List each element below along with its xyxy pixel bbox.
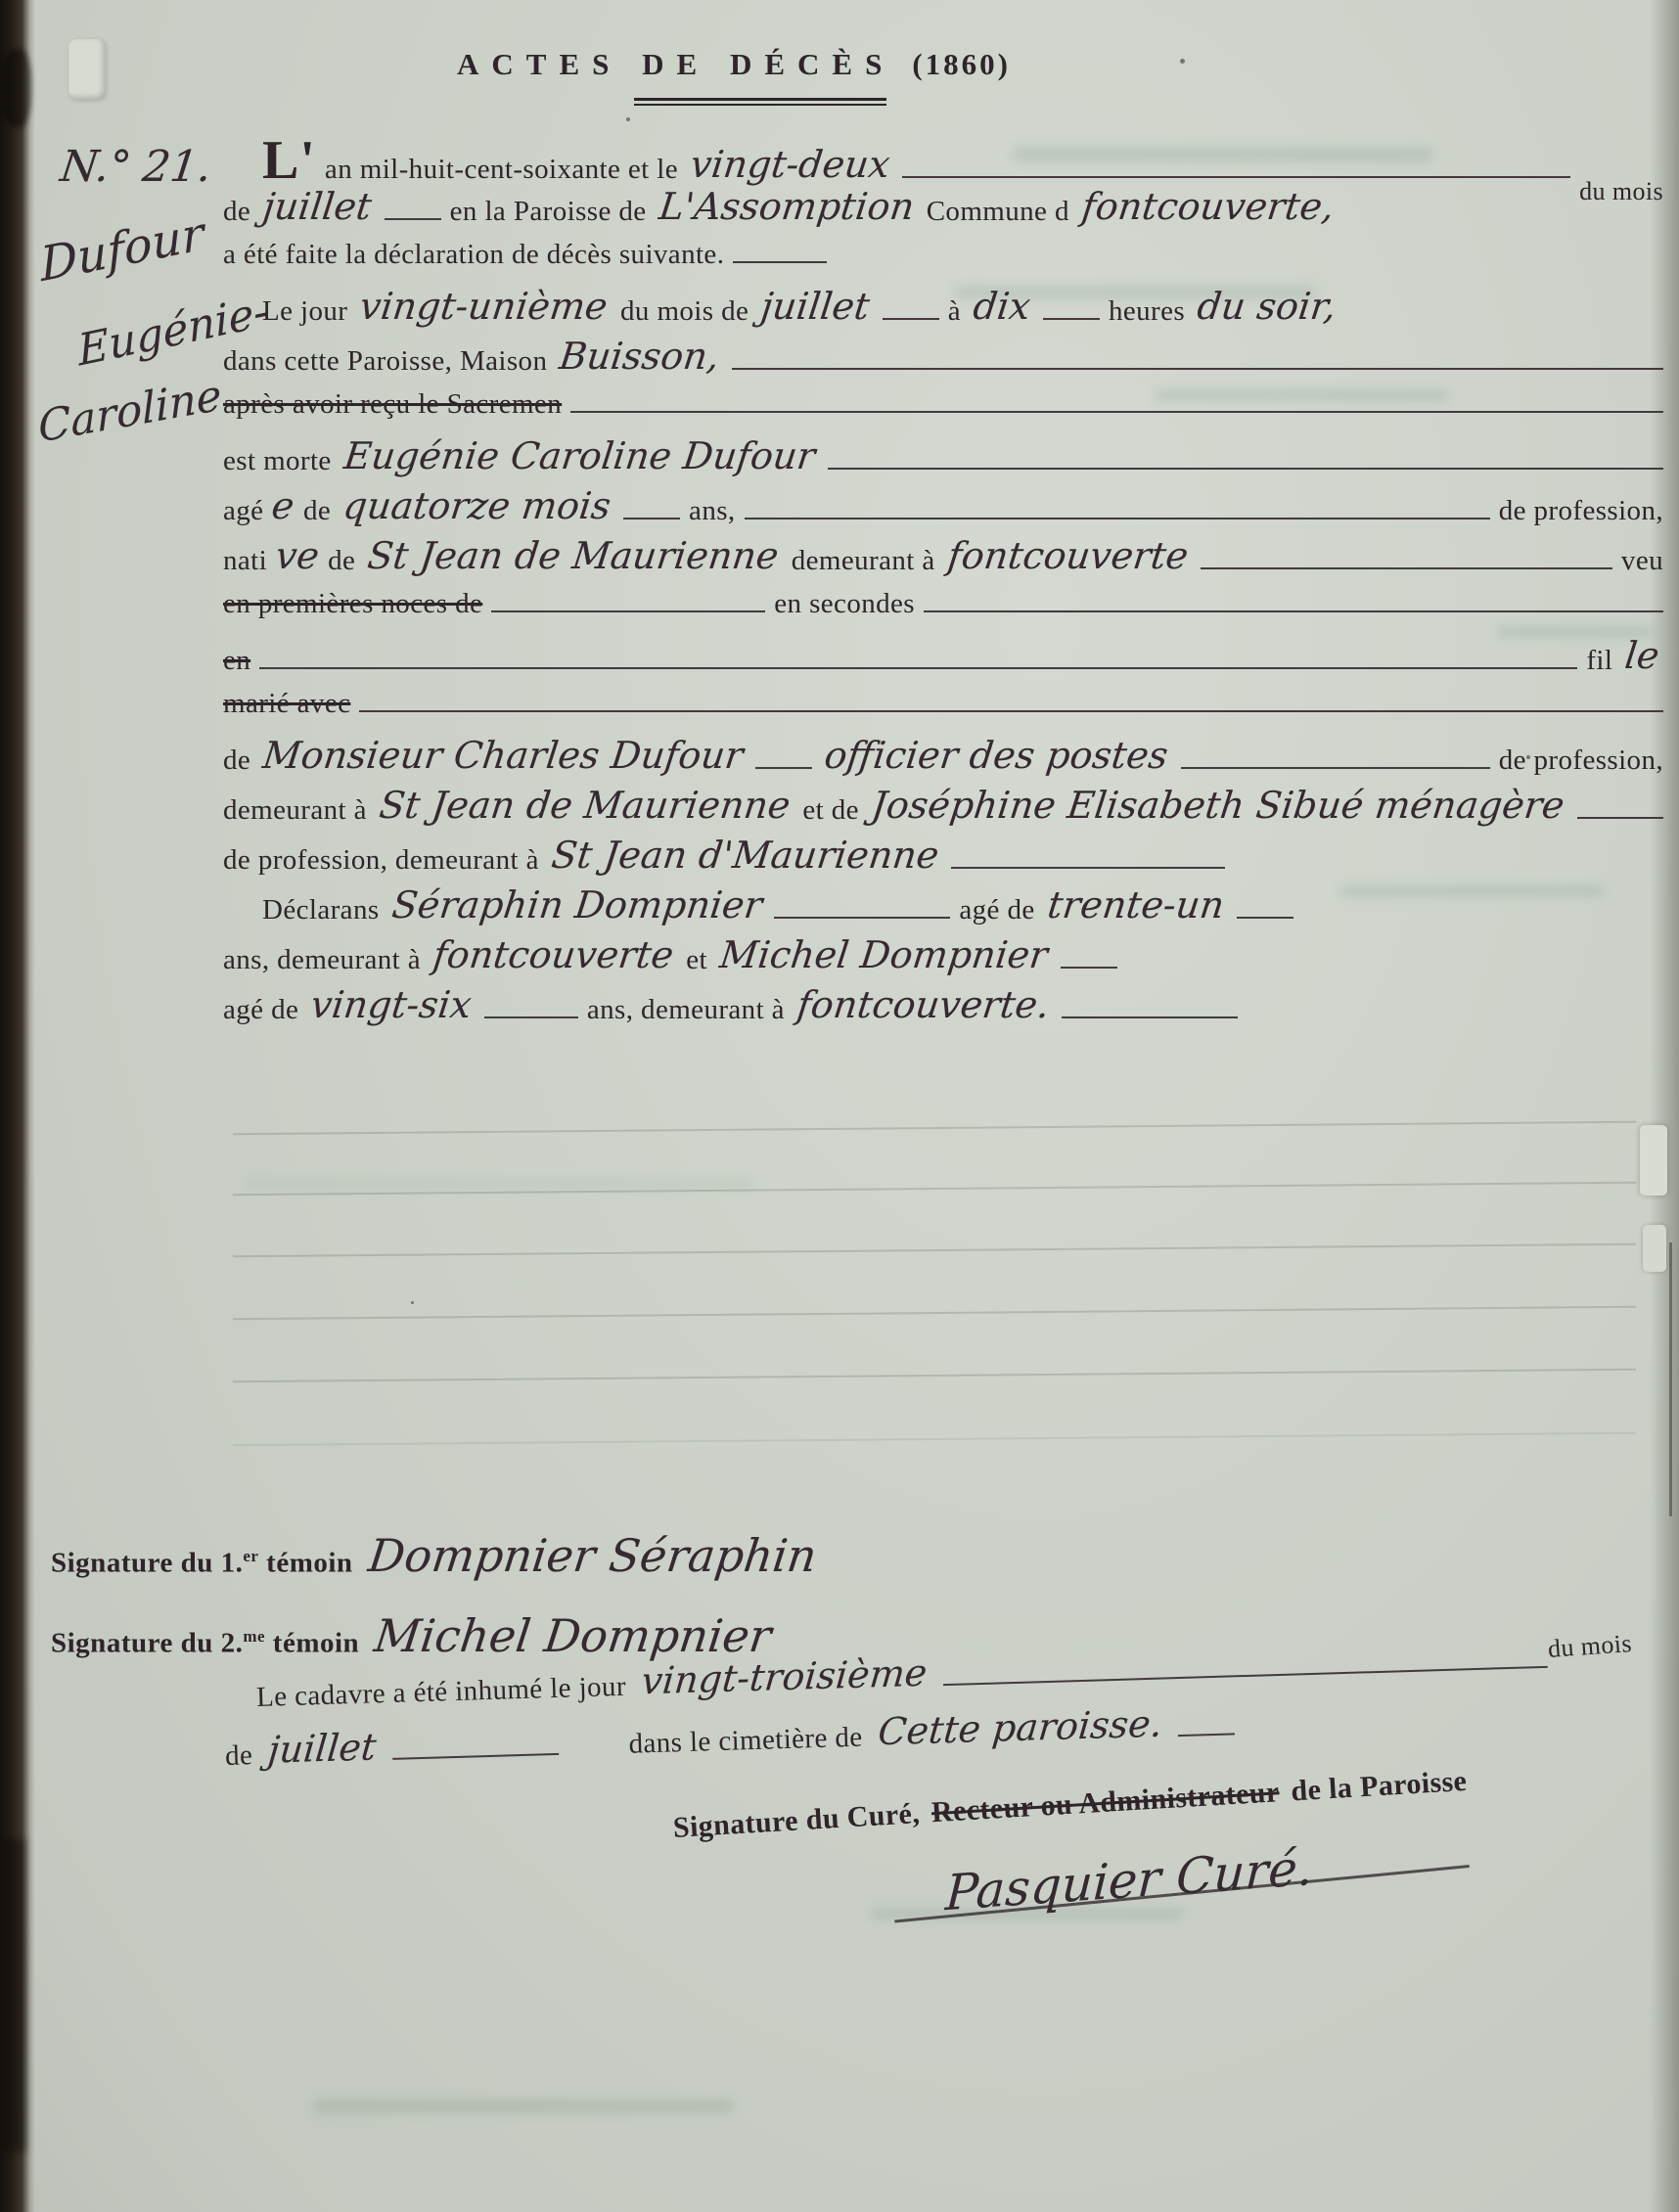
rule-dash (392, 1753, 559, 1760)
printed-text: agé (223, 495, 263, 527)
printed-text-struck: après avoir reçu le Sacremen (223, 388, 562, 421)
rule-fill (1201, 567, 1612, 569)
handwritten-mother-name: Joséphine Elisabeth Sibué ménagère (866, 787, 1570, 824)
handwritten-father-name: Monsieur Charles Dufour (257, 737, 749, 774)
drop-cap: L' (262, 139, 316, 183)
page-corner-tab (68, 39, 106, 100)
printed-text: est morte (223, 445, 332, 477)
death-act-body: L' an mil-huit-cent-soixante et le vingt… (223, 139, 1663, 1037)
rule-fill (1181, 767, 1490, 769)
rule-dash (1178, 1733, 1235, 1737)
handwritten-time-of-day: du soir, (1192, 288, 1342, 325)
printed-text: et de (802, 794, 859, 827)
signature-text: Dompnier Séraphin (362, 1533, 823, 1578)
line-death-day: Le jour vingt-unième du mois de juillet … (223, 289, 1663, 339)
rule-fill (1062, 1016, 1238, 1018)
strike-rule-fill (491, 610, 765, 612)
printed-text: en la Paroisse de (450, 196, 647, 228)
printed-text: de (225, 1739, 253, 1773)
printed-text: de (223, 745, 250, 777)
line-age: agé e de quatorze mois ans, de professio… (223, 488, 1663, 538)
handwritten-father-profession: officier des postes (819, 737, 1174, 774)
page-title: ACTES DE DÉCÈS (1860) (431, 47, 1037, 82)
line-month-parish: de juillet en la Paroisse de L'Assomptio… (223, 189, 1663, 239)
printed-text: de profession, (1499, 745, 1663, 777)
printed-text: ans, (689, 495, 736, 527)
line-first-marriage-struck: en premières noces de en secondes (223, 588, 1663, 638)
ink-bleedthrough (245, 1179, 753, 1189)
printed-text: agé de (223, 994, 298, 1026)
printed-text: de profession, demeurant à (223, 844, 539, 877)
act-number: N.° 21. (57, 147, 215, 190)
handwritten-deceased-name: Eugénie Caroline Dufour (338, 437, 821, 474)
printed-text: heures (1109, 295, 1185, 328)
handwritten-letter: e (270, 487, 296, 524)
printed-text: a été faite la déclaration de décès suiv… (223, 239, 724, 271)
line-declarant-1: Déclarans Séraphin Dompnier agé de trent… (223, 887, 1663, 937)
line-mother-residence: de profession, demeurant à St Jean d'Mau… (223, 837, 1663, 887)
handwritten-letters: ve (274, 537, 322, 574)
rule-fill (774, 917, 950, 919)
printed-text: an mil-huit-cent-soixante et le (325, 154, 678, 186)
printed-text: Commune d (927, 196, 1069, 228)
line-declarant-2: ans, demeurant à fontcouverte et Michel … (223, 937, 1663, 987)
handwritten-month: juillet (755, 288, 876, 325)
handwritten-burial-month: juillet (262, 1728, 382, 1769)
strike-rule-fill (259, 667, 1577, 669)
line-father-residence-mother: demeurant à St Jean de Maurienne et de J… (223, 788, 1663, 837)
printed-du-mois: du mois (1547, 1629, 1633, 1664)
rule-fill (951, 867, 1225, 869)
strike-rule-fill (570, 411, 1663, 413)
printed-text: Déclarans (262, 894, 380, 926)
act-number-value: 21. (136, 146, 217, 189)
line-married-struck: marié avec (223, 688, 1663, 738)
binding-stitch-mark (1640, 1125, 1667, 1196)
register-title: ACTES DE DÉCÈS (457, 47, 894, 81)
register-year: (1860) (912, 47, 1011, 81)
handwritten-declarant2-age: vingt-six (305, 986, 477, 1023)
witness2-signature-row: Signature du 2.me témoin Michel Dompnier (51, 1614, 775, 1660)
line-year: L' an mil-huit-cent-soixante et le vingt… (223, 139, 1663, 189)
ordinal-superscript: er (243, 1547, 258, 1565)
handwritten-declarant2-name: Michel Dompnier (714, 936, 1054, 973)
witness1-signature: Dompnier Séraphin (365, 1534, 820, 1579)
handwritten-month: juillet (257, 188, 378, 225)
handwritten-commune: fontcouverte, (1076, 188, 1340, 225)
printed-text: fil (1586, 645, 1612, 677)
rule-fill (1577, 817, 1663, 819)
printed-text: de (303, 495, 331, 527)
handwritten-day: vingt-unième (354, 288, 613, 325)
line-declaration: a été faite la déclaration de décès suiv… (223, 239, 1663, 289)
printed-text-struck: en (223, 645, 250, 677)
strike-rule-fill (924, 610, 1663, 612)
handwritten-declarant1-age: trente-un (1041, 886, 1230, 924)
handwritten-declarant2-residence: fontcouverte. (792, 986, 1056, 1023)
handwritten-hour: dix (968, 288, 1037, 325)
signature-text: Michel Dompnier (368, 1613, 778, 1658)
page-edge-line (1669, 1242, 1672, 1516)
printed-text: demeurant à (792, 545, 935, 577)
handwritten-day: vingt-deux (685, 146, 896, 183)
printed-text: veu (1621, 545, 1663, 577)
printed-text: de (328, 545, 355, 577)
line-house: dans cette Paroisse, Maison Buisson, (223, 339, 1663, 388)
rule-dash (883, 318, 939, 320)
witness1-signature-row: Signature du 1.er témoin Dompnier Séraph… (51, 1534, 820, 1580)
printed-text-struck: en premières noces de (223, 588, 482, 620)
printed-text: ans, demeurant à (223, 944, 421, 976)
printed-text: Le jour (262, 295, 347, 328)
binding-blotch (2, 49, 31, 127)
rule-dash (755, 767, 812, 769)
witness2-signature: Michel Dompnier (371, 1614, 775, 1659)
handwritten-mother-residence: St Jean d'Maurienne (546, 836, 945, 874)
binding-stitch-mark (1643, 1225, 1666, 1272)
ink-speck (411, 1301, 414, 1304)
binding-blotch (0, 1839, 25, 2152)
handwritten-age: quatorze mois (338, 487, 617, 524)
printed-text: à (948, 295, 961, 328)
rule-dash (1237, 917, 1293, 919)
line-father: de Monsieur Charles Dufour officier des … (223, 738, 1663, 788)
handwritten-birthplace: St Jean de Maurienne (362, 537, 785, 574)
line-en-struck: en fil le (223, 638, 1663, 688)
rule-dash (484, 1016, 578, 1018)
handwritten-parish: L'Assomption (653, 188, 920, 225)
printed-text: de profession, (1499, 495, 1663, 527)
rule-fill (745, 518, 1490, 519)
printed-text: en secondes (774, 588, 915, 620)
printed-text: demeurant à (223, 794, 367, 827)
handwritten-burial-day: vingt-troisième (636, 1653, 932, 1699)
rule-fill (732, 368, 1663, 370)
printed-text: de (223, 196, 250, 228)
ordinal-superscript: me (243, 1627, 265, 1646)
printed-text-struck: marié avec (223, 688, 350, 720)
printed-text: du mois (1579, 177, 1663, 206)
rule-fill (828, 468, 1663, 470)
printed-text: ans, demeurant à (587, 994, 785, 1026)
ink-speck (1180, 59, 1185, 64)
rule-dash (623, 518, 680, 519)
line-birthplace: nati ve de St Jean de Maurienne demeuran… (223, 538, 1663, 588)
witness1-label: Signature du 1.er témoin (51, 1547, 353, 1580)
handwritten-declarant1-name: Séraphin Dompnier (386, 886, 768, 924)
strike-rule-fill (359, 710, 1663, 712)
handwritten-father-residence: St Jean de Maurienne (374, 787, 796, 824)
line-declarant-2-age: agé de vingt-six ans, demeurant à fontco… (223, 987, 1663, 1037)
printed-text: dans cette Paroisse, Maison (223, 345, 547, 378)
line-sacrament-struck: après avoir reçu le Sacremen (223, 388, 1663, 438)
rule-fill (902, 176, 1570, 178)
ink-speck (626, 117, 630, 121)
printed-text: agé de (959, 894, 1034, 926)
rule-dash (1061, 967, 1117, 969)
act-number-prefix: N.° (54, 146, 137, 189)
rule-dash (733, 261, 827, 263)
title-double-rule (634, 98, 886, 106)
printed-text: du mois de (620, 295, 749, 328)
line-deceased-name: est morte Eugénie Caroline Dufour (223, 438, 1663, 488)
printed-text: et (686, 944, 707, 976)
printed-text: nati (223, 545, 267, 577)
handwritten-declarant1-residence: fontcouverte (428, 936, 680, 973)
handwritten-house: Buisson, (554, 338, 726, 375)
handwritten-residence: fontcouverte (941, 537, 1194, 574)
ink-bleedthrough (313, 2099, 734, 2113)
handwritten-cemetery: Cette paroisse. (873, 1704, 1168, 1750)
rule-dash (385, 218, 441, 220)
witness2-label: Signature du 2.me témoin (51, 1627, 359, 1660)
handwritten-letters: le (1619, 637, 1665, 674)
rule-dash (1043, 318, 1100, 320)
